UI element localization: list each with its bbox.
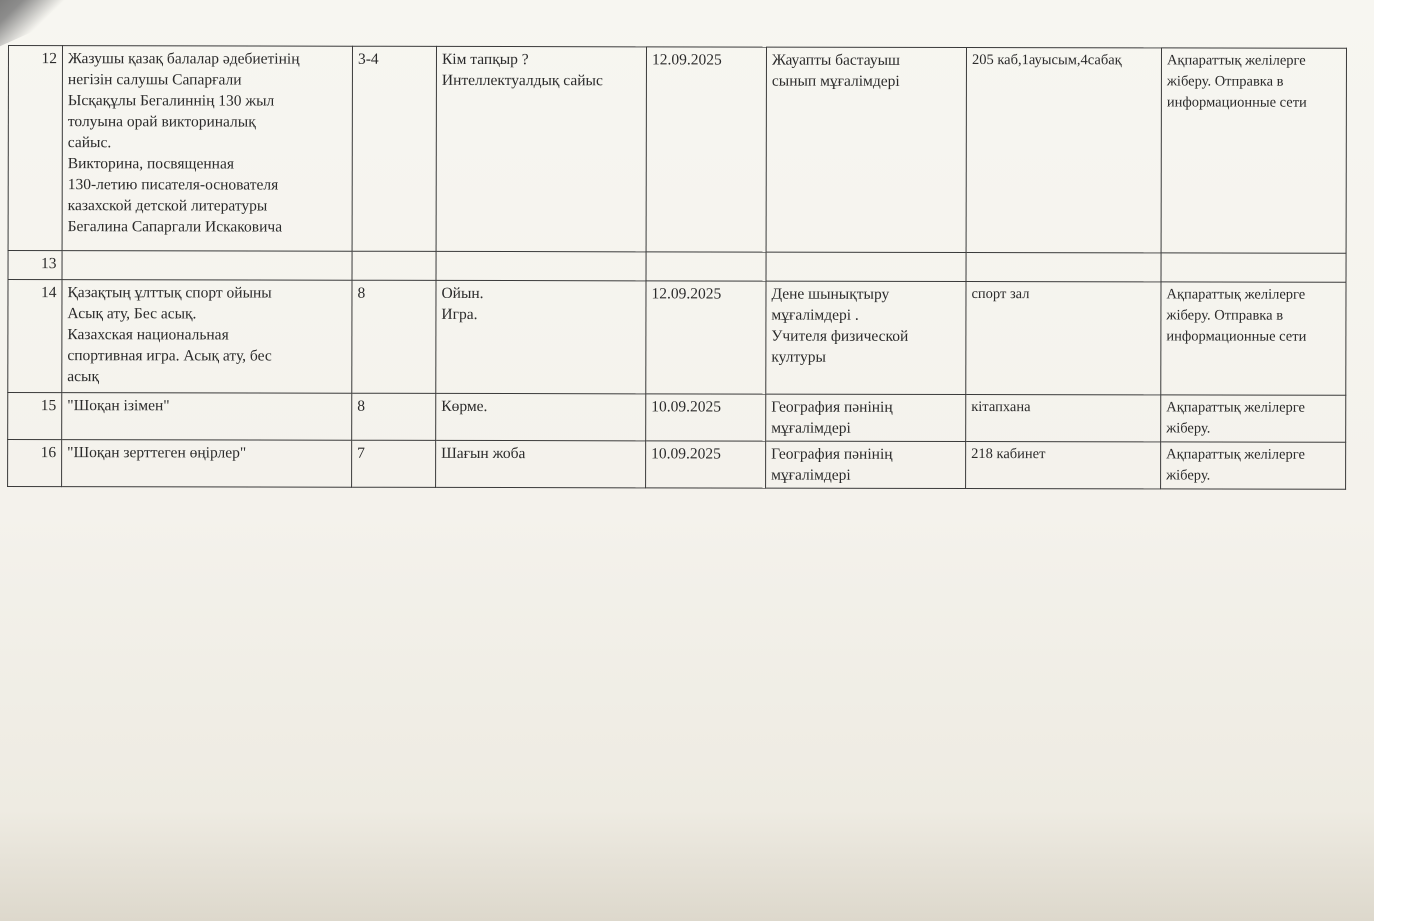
row-number: 16 (8, 440, 62, 487)
row-number: 14 (8, 280, 62, 393)
grade-cell: 8 (352, 393, 436, 440)
responsible-cell: Жауапты бастауышсынып мұғалімдері (766, 47, 966, 252)
responsible-cell-line: География пәнінің (771, 444, 960, 465)
output-cell-line: жіберу. (1166, 418, 1340, 439)
date-cell: 12.09.2025 (646, 47, 766, 252)
responsible-cell: География пәнініңмұғалімдері (766, 441, 966, 488)
output-cell-line: информационные сети (1167, 92, 1341, 113)
event-name-cell-line: 130-летию писателя-основателя (68, 174, 347, 196)
grade-cell (352, 251, 436, 280)
format-cell-line: Игра. (441, 304, 640, 325)
output-cell-line: жіберу. (1166, 465, 1340, 486)
event-name-cell-line: Қазақтың ұлттық спорт ойыны (67, 282, 346, 304)
output-cell-line: жіберу. Отправка в (1166, 305, 1340, 326)
format-cell: Шағын жоба (436, 440, 646, 487)
event-name-cell-line: негізін салушы Сапарғали (68, 69, 347, 91)
event-name-cell: Қазақтың ұлттық спорт ойыныАсық ату, Бес… (62, 280, 352, 394)
event-name-cell-line: казахской детской литературы (68, 195, 347, 217)
format-cell: Ойын.Игра. (436, 280, 646, 393)
table-row: 12Жазушы қазақ балалар әдебиетініңнегізі… (8, 46, 1346, 254)
format-cell: Кім тапқыр ?Интеллектуалдық сайыс (436, 46, 646, 251)
responsible-cell-line: културы (771, 347, 960, 368)
event-name-cell-line: спортивная игра. Асық ату, бес (67, 345, 346, 367)
output-cell-line: Ақпараттық желілерге (1166, 397, 1340, 418)
place-cell: 218 кабинет (966, 442, 1161, 489)
date-cell (646, 252, 766, 281)
date-cell: 10.09.2025 (646, 441, 766, 488)
event-name-cell-line: Викторина, посвященная (68, 153, 347, 175)
output-cell: Ақпараттық желілергежіберу. (1161, 442, 1346, 489)
format-cell: Көрме. (436, 393, 646, 440)
responsible-cell-line: Учителя физической (771, 326, 960, 347)
format-cell-line: Интеллектуалдық сайыс (442, 70, 641, 91)
output-cell-line: информационные сети (1166, 326, 1340, 347)
responsible-cell-line: Жауапты бастауыш (772, 50, 961, 71)
responsible-cell-line: Дене шынықтыру (771, 284, 960, 305)
format-cell-line: Көрме. (441, 396, 640, 417)
table-body: 12Жазушы қазақ балалар әдебиетініңнегізі… (8, 46, 1347, 490)
responsible-cell (766, 252, 966, 281)
output-cell-line: Ақпараттық желілерге (1167, 50, 1341, 71)
output-cell-line: жіберу. Отправка в (1167, 71, 1341, 92)
place-cell: 205 каб,1ауысым,4сабақ (966, 48, 1161, 253)
responsible-cell-line: География пәнінің (771, 397, 960, 418)
output-cell: Ақпараттық желілергежіберу. (1161, 395, 1346, 442)
output-cell-line: Ақпараттық желілерге (1166, 444, 1340, 465)
row-number: 15 (8, 393, 62, 440)
responsible-cell-line: мұғалімдері (771, 418, 960, 439)
output-cell: Ақпараттық желілергежіберу. Отправка вин… (1161, 48, 1346, 253)
grade-cell: 3-4 (352, 46, 436, 251)
format-cell-line: Кім тапқыр ? (442, 49, 641, 70)
event-name-cell-line: Казахская национальная (67, 324, 346, 346)
table-row: 16"Шоқан зерттеген өңірлер"7Шағын жоба10… (8, 440, 1346, 490)
table-row: 15"Шоқан ізімен"8Көрме.10.09.2025Географ… (8, 393, 1346, 443)
place-cell: кітапхана (966, 395, 1161, 442)
table-row: 14Қазақтың ұлттық спорт ойыныАсық ату, Б… (8, 280, 1346, 396)
event-plan-table: 12Жазушы қазақ балалар әдебиетініңнегізі… (7, 45, 1347, 490)
row-number: 13 (8, 251, 62, 280)
responsible-cell-line: мұғалімдері . (771, 305, 960, 326)
format-cell (436, 251, 646, 280)
place-cell: спорт зал (966, 282, 1161, 395)
output-cell (1161, 253, 1346, 282)
responsible-cell: Дене шынықтырумұғалімдері .Учителя физич… (766, 281, 966, 394)
event-name-cell: "Шоқан ізімен" (62, 393, 352, 441)
date-cell: 10.09.2025 (646, 394, 766, 441)
event-name-cell (62, 251, 352, 281)
date-cell: 12.09.2025 (646, 281, 766, 394)
event-name-cell-line: Жазушы қазақ балалар әдебиетінің (68, 48, 347, 70)
event-name-cell: "Шоқан зерттеген өңірлер" (62, 440, 352, 488)
event-name-cell-line: Бегалина Сапаргали Искаковича (68, 216, 347, 238)
event-name-cell-line: асық (67, 366, 346, 388)
paper-sheet: 12Жазушы қазақ балалар әдебиетініңнегізі… (0, 0, 1374, 921)
output-cell-line: Ақпараттық желілерге (1166, 284, 1340, 305)
place-cell (966, 253, 1161, 282)
event-name-cell-line: Асық ату, Бес асық. (67, 303, 346, 325)
event-name-cell-line: "Шоқан ізімен" (67, 395, 346, 417)
output-cell: Ақпараттық желілергежіберу. Отправка вин… (1161, 282, 1346, 395)
responsible-cell: География пәнініңмұғалімдері (766, 394, 966, 441)
event-name-cell: Жазушы қазақ балалар әдебиетініңнегізін … (62, 46, 352, 252)
format-cell-line: Ойын. (441, 283, 640, 304)
format-cell-line: Шағын жоба (441, 443, 640, 464)
event-name-cell-line: Ысқақұлы Бегалиннің 130 жыл (68, 90, 347, 112)
grade-cell: 8 (352, 280, 436, 393)
responsible-cell-line: мұғалімдері (771, 465, 960, 486)
event-name-cell-line: сайыс. (68, 132, 347, 154)
event-name-cell-line: толуына орай викториналық (68, 111, 347, 133)
table-row: 13 (8, 251, 1346, 283)
row-number: 12 (8, 46, 62, 251)
grade-cell: 7 (352, 440, 436, 487)
event-name-cell-line: "Шоқан зерттеген өңірлер" (67, 442, 346, 464)
responsible-cell-line: сынып мұғалімдері (772, 71, 961, 92)
